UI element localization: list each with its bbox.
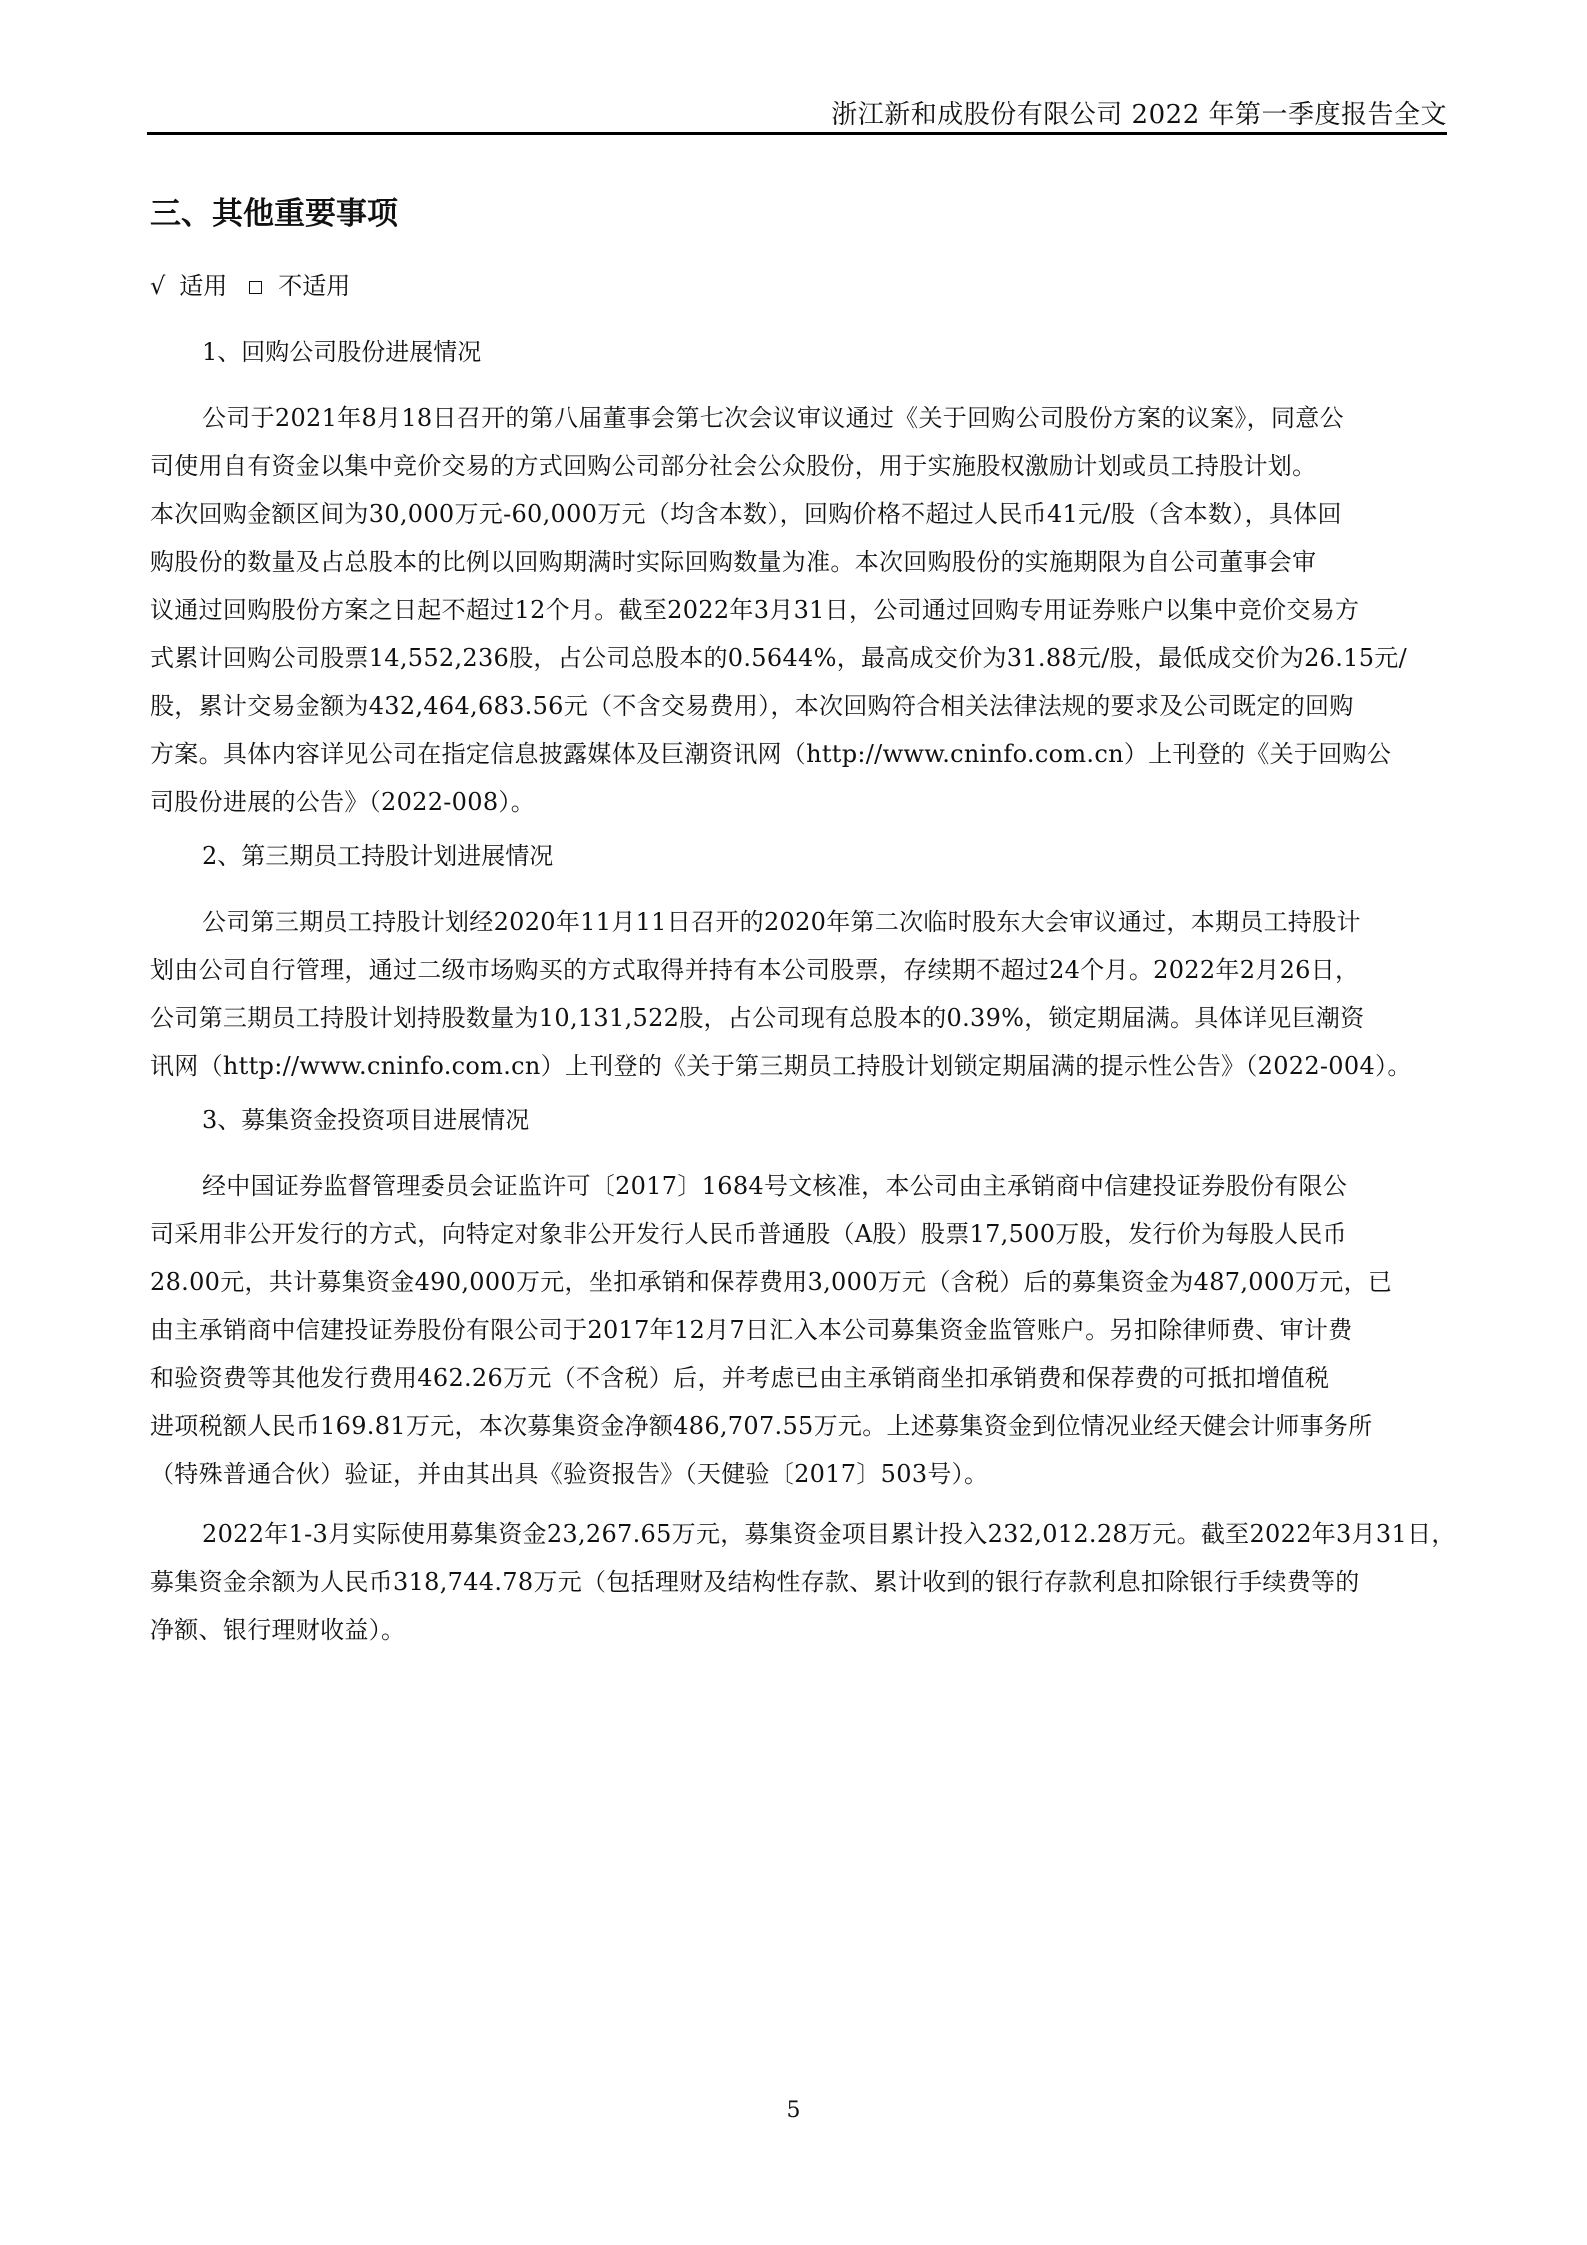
text-line: 由主承销商中信建投证券股份有限公司于2017年12月7日汇入本公司募集资金监管账…: [150, 1306, 1450, 1354]
item-heading-raised-funds: 3、募集资金投资项目进展情况: [150, 1102, 1450, 1138]
not-applicable-label: 不适用: [278, 272, 350, 300]
document-body: 三、其他重要事项 √适用不适用 1、回购公司股份进展情况 公司于2021年8月1…: [150, 188, 1450, 1654]
text-line: 讯网（http://www.cninfo.com.cn）上刊登的《关于第三期员工…: [150, 1042, 1450, 1090]
text-line: 公司第三期员工持股计划持股数量为10,131,522股，占公司现有总股本的0.3…: [150, 994, 1450, 1042]
text-line: 司股份进展的公告》（2022-008）。: [150, 778, 1450, 826]
empty-checkbox-icon: [249, 281, 262, 294]
applicable-label: 适用: [179, 272, 227, 300]
page-number: 5: [0, 2098, 1587, 2123]
text-line: 本次回购金额区间为30,000万元-60,000万元（均含本数），回购价格不超过…: [150, 490, 1450, 538]
text-line: 28.00元，共计募集资金490,000万元，坐扣承销和保荐费用3,000万元（…: [150, 1258, 1450, 1306]
text-line: 司使用自有资金以集中竞价交易的方式回购公司部分社会公众股份，用于实施股权激励计划…: [150, 442, 1450, 490]
paragraph-share-repurchase: 公司于2021年8月18日召开的第八届董事会第七次会议审议通过《关于回购公司股份…: [150, 394, 1450, 826]
text-line: 募集资金余额为人民币318,744.78万元（包括理财及结构性存款、累计收到的银…: [150, 1558, 1450, 1606]
paragraph-employee-stock-plan: 公司第三期员工持股计划经2020年11月11日召开的2020年第二次临时股东大会…: [150, 898, 1450, 1090]
text-line: 经中国证券监督管理委员会证监许可〔2017〕1684号文核准，本公司由主承销商中…: [150, 1162, 1450, 1210]
text-line: 和验资费等其他发行费用462.26万元（不含税）后，并考虑已由主承销商坐扣承销费…: [150, 1354, 1450, 1402]
paragraph-raised-funds: 经中国证券监督管理委员会证监许可〔2017〕1684号文核准，本公司由主承销商中…: [150, 1162, 1450, 1498]
item-heading-share-repurchase: 1、回购公司股份进展情况: [150, 334, 1450, 370]
text-line: 司采用非公开发行的方式，向特定对象非公开发行人民币普通股（A股）股票17,500…: [150, 1210, 1450, 1258]
paragraph-raised-funds-usage: 2022年1-3月实际使用募集资金23,267.65万元，募集资金项目累计投入2…: [150, 1510, 1450, 1654]
text-line: 公司于2021年8月18日召开的第八届董事会第七次会议审议通过《关于回购公司股份…: [150, 394, 1450, 442]
text-line: 净额、银行理财收益）。: [150, 1606, 1450, 1654]
text-line: 议通过回购股份方案之日起不超过12个月。截至2022年3月31日，公司通过回购专…: [150, 586, 1450, 634]
checkmark-icon: √: [150, 272, 165, 300]
text-line: 方案。具体内容详见公司在指定信息披露媒体及巨潮资讯网（http://www.cn…: [150, 730, 1450, 778]
text-line: 进项税额人民币169.81万元，本次募集资金净额486,707.55万元。上述募…: [150, 1402, 1450, 1450]
text-line: 股，累计交易金额为432,464,683.56元（不含交易费用），本次回购符合相…: [150, 682, 1450, 730]
report-title: 浙江新和成股份有限公司 2022 年第一季度报告全文: [831, 94, 1447, 131]
text-line: 划由公司自行管理，通过二级市场购买的方式取得并持有本公司股票，存续期不超过24个…: [150, 946, 1450, 994]
text-line: 公司第三期员工持股计划经2020年11月11日召开的2020年第二次临时股东大会…: [150, 898, 1450, 946]
text-line: 购股份的数量及占总股本的比例以回购期满时实际回购数量为准。本次回购股份的实施期限…: [150, 538, 1450, 586]
applicability-indicator: √适用不适用: [150, 268, 1450, 304]
text-line: 式累计回购公司股票14,552,236股，占公司总股本的0.5644%，最高成交…: [150, 634, 1450, 682]
section-title: 三、其他重要事项: [150, 188, 1450, 240]
page-header: 浙江新和成股份有限公司 2022 年第一季度报告全文: [147, 88, 1447, 135]
text-line: 2022年1-3月实际使用募集资金23,267.65万元，募集资金项目累计投入2…: [150, 1510, 1450, 1558]
item-heading-employee-stock-plan: 2、第三期员工持股计划进展情况: [150, 838, 1450, 874]
text-line: （特殊普通合伙）验证，并由其出具《验资报告》（天健验〔2017〕503号）。: [150, 1450, 1450, 1498]
